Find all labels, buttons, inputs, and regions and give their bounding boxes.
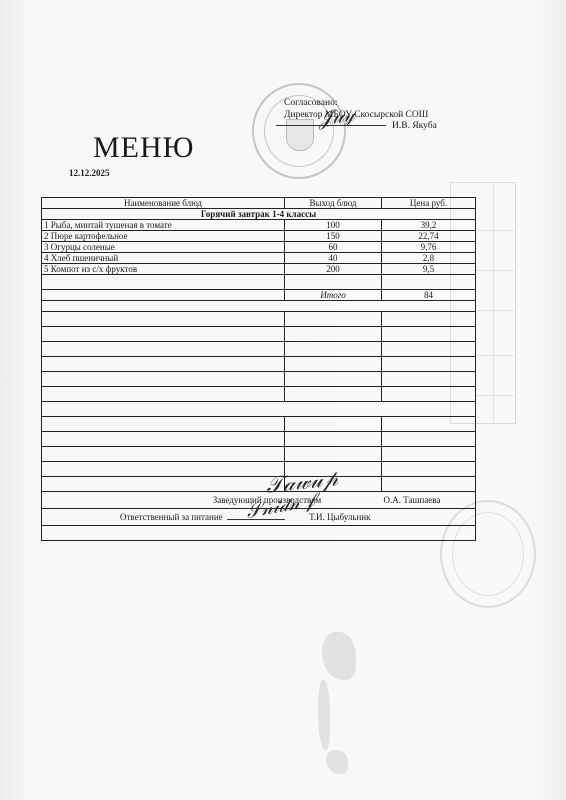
empty-row [42, 327, 476, 342]
total-label: Итого [285, 290, 382, 301]
empty-row [42, 312, 476, 327]
dish-yield: 40 [285, 253, 382, 264]
bleed-through-line [475, 310, 514, 311]
scan-smudge [318, 680, 330, 750]
section-row: Горячий завтрак 1-4 классы [42, 209, 476, 220]
empty-row [42, 417, 476, 432]
dish-name: 4 Хлеб пшеничный [42, 253, 285, 264]
table-row: 3 Огурцы соленые 60 9,76 [42, 242, 476, 253]
table-row: 5 Компот из с/х фруктов 200 9,5 [42, 264, 476, 275]
dish-yield: 60 [285, 242, 382, 253]
page-title: МЕНЮ [93, 131, 195, 165]
empty-row [42, 301, 476, 312]
dish-name: 5 Компот из с/х фруктов [42, 264, 285, 275]
dish-name: 1 Рыба, минтай тушеная в томате [42, 220, 285, 231]
bleed-through-line [475, 230, 514, 231]
approval-block: Согласовано: Директор МБОУ Скосырской СО… [284, 98, 437, 133]
production-head-label: Заведующий производством [213, 495, 322, 505]
header-price: Цена руб. [382, 198, 476, 209]
empty-row [42, 275, 476, 290]
bleed-through-line [493, 182, 494, 422]
empty-row [42, 447, 476, 462]
empty-row [42, 372, 476, 387]
bleed-through-line [475, 395, 514, 396]
dish-name: 3 Огурцы соленые [42, 242, 285, 253]
dish-yield: 200 [285, 264, 382, 275]
empty-row [42, 402, 476, 417]
dish-name: 2 Пюре картофельное [42, 231, 285, 242]
empty-row [42, 526, 476, 541]
director-signature-line [276, 125, 386, 126]
table-row: 4 Хлеб пшеничный 40 2,8 [42, 253, 476, 264]
header-dish-name: Наименование блюд [42, 198, 285, 209]
empty-row [42, 357, 476, 372]
nutrition-row: Ответственный за питание Т.И. Цыбульник [42, 509, 476, 526]
approval-position: Директор МБОУ Скосырской СОШ [284, 110, 437, 122]
nutrition-label: Ответственный за питание [120, 512, 223, 522]
menu-table: Наименование блюд Выход блюд Цена руб. Г… [41, 197, 476, 541]
dish-price: 9,5 [382, 264, 476, 275]
section-title: Горячий завтрак 1-4 классы [42, 209, 476, 220]
dish-price: 22,74 [382, 231, 476, 242]
dish-price: 2,8 [382, 253, 476, 264]
total-row: Итого 84 [42, 290, 476, 301]
empty-row [42, 342, 476, 357]
dish-yield: 150 [285, 231, 382, 242]
table-header-row: Наименование блюд Выход блюд Цена руб. [42, 198, 476, 209]
table-row: 1 Рыба, минтай тушеная в томате 100 39,2 [42, 220, 476, 231]
table-row: 2 Пюре картофельное 150 22,74 [42, 231, 476, 242]
bleed-through-line [475, 270, 514, 271]
approval-label: Согласовано: [284, 98, 437, 110]
director-name: И.В. Якуба [392, 121, 437, 131]
dish-yield: 100 [285, 220, 382, 231]
production-head-row: Заведующий производством О.А. Ташпаева [42, 492, 476, 509]
dish-price: 39,2 [382, 220, 476, 231]
empty-row [42, 477, 476, 492]
production-head-name: О.А. Ташпаева [382, 492, 476, 509]
nutrition-name: Т.И. Цыбульник [309, 512, 370, 522]
empty-row [42, 432, 476, 447]
menu-date: 12.12.2025 [69, 168, 110, 178]
header-yield: Выход блюд [285, 198, 382, 209]
empty-row [42, 387, 476, 402]
dish-price: 9,76 [382, 242, 476, 253]
bleed-through-line [475, 355, 514, 356]
total-value: 84 [382, 290, 476, 301]
empty-row [42, 462, 476, 477]
